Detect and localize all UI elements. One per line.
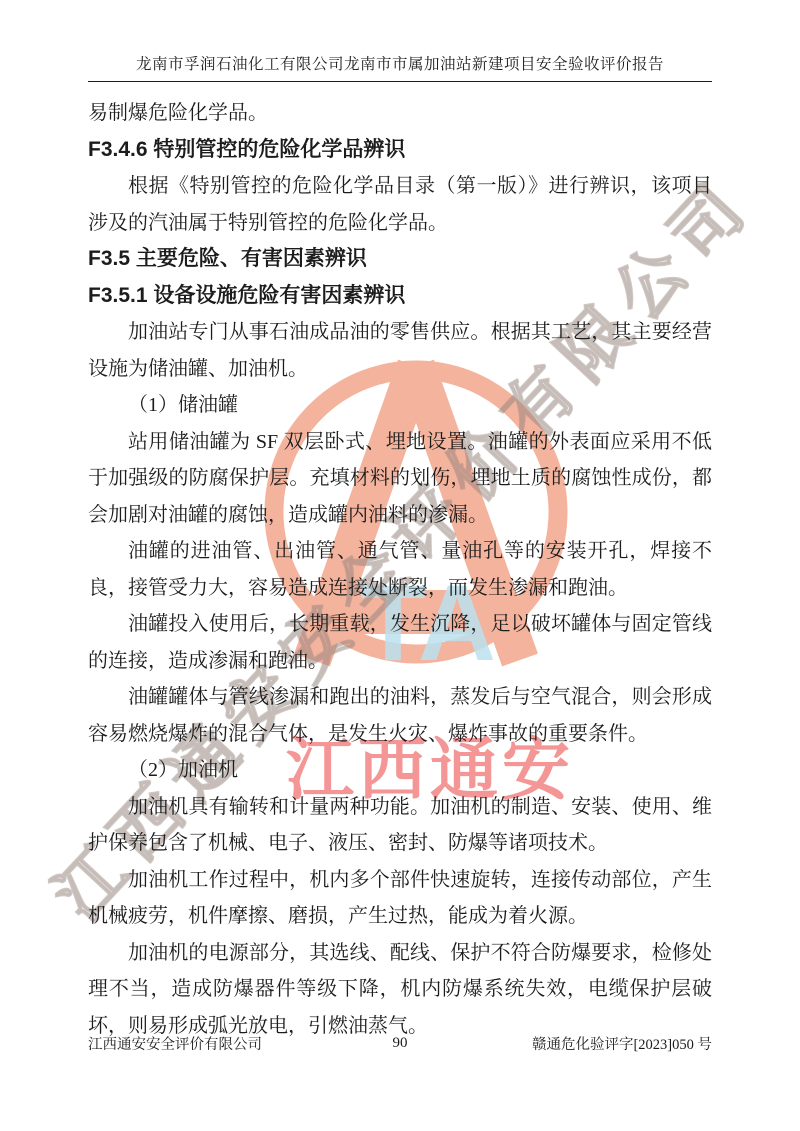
section-heading: F3.5.1 设备设施危险有害因素辨识 (88, 278, 712, 315)
body-paragraph: 油罐的进油管、出油管、通气管、量油孔等的安装开孔，焊接不良，接管受力大，容易造成… (88, 533, 712, 606)
report-page: TA 江西通安安全评价有限公司 江西通安 龙南市孚润石油化工有限公司龙南市市属加… (0, 0, 800, 1131)
footer-company-name: 江西通安安全评价有限公司 (88, 1033, 262, 1054)
body-paragraph: 加油机的电源部分，其选线、配线、保护不符合防爆要求，检修处理不当，造成防爆器件等… (88, 935, 712, 1045)
body-paragraph: （2）加油机 (88, 752, 712, 789)
body-paragraph: 油罐罐体与管线渗漏和跑出的油料，蒸发后与空气混合，则会形成容易燃烧爆炸的混合气体… (88, 679, 712, 752)
document-body: 易制爆危险化学品。F3.4.6 特别管控的危险化学品辨识根据《特别管控的危险化学… (88, 95, 712, 1044)
footer-document-number: 赣通危化验评字[2023]050 号 (532, 1033, 712, 1054)
body-paragraph: 站用储油罐为 SF 双层卧式、埋地设置。油罐的外表面应采用不低于加强级的防腐保护… (88, 424, 712, 534)
page-number: 90 (393, 1035, 408, 1052)
section-heading: F3.5 主要危险、有害因素辨识 (88, 241, 712, 278)
section-heading: F3.4.6 特别管控的危险化学品辨识 (88, 132, 712, 169)
report-title: 龙南市孚润石油化工有限公司龙南市市属加油站新建项目安全验收评价报告 (88, 52, 712, 82)
body-paragraph: 根据《特别管控的危险化学品目录（第一版）》进行辨识，该项目涉及的汽油属于特别管控… (88, 168, 712, 241)
body-paragraph: （1）储油罐 (88, 387, 712, 424)
body-paragraph: 易制爆危险化学品。 (88, 95, 712, 132)
body-paragraph: 加油机工作过程中，机内多个部件快速旋转，连接传动部位，产生机械疲劳，机件摩擦、磨… (88, 862, 712, 935)
body-paragraph: 加油站专门从事石油成品油的零售供应。根据其工艺，其主要经营设施为储油罐、加油机。 (88, 314, 712, 387)
body-paragraph: 油罐投入使用后，长期重载，发生沉降，足以破坏罐体与固定管线的连接，造成渗漏和跑油… (88, 606, 712, 679)
page-header: 龙南市孚润石油化工有限公司龙南市市属加油站新建项目安全验收评价报告 (88, 0, 712, 82)
body-paragraph: 加油机具有输转和计量两种功能。加油机的制造、安装、使用、维护保养包含了机械、电子… (88, 789, 712, 862)
